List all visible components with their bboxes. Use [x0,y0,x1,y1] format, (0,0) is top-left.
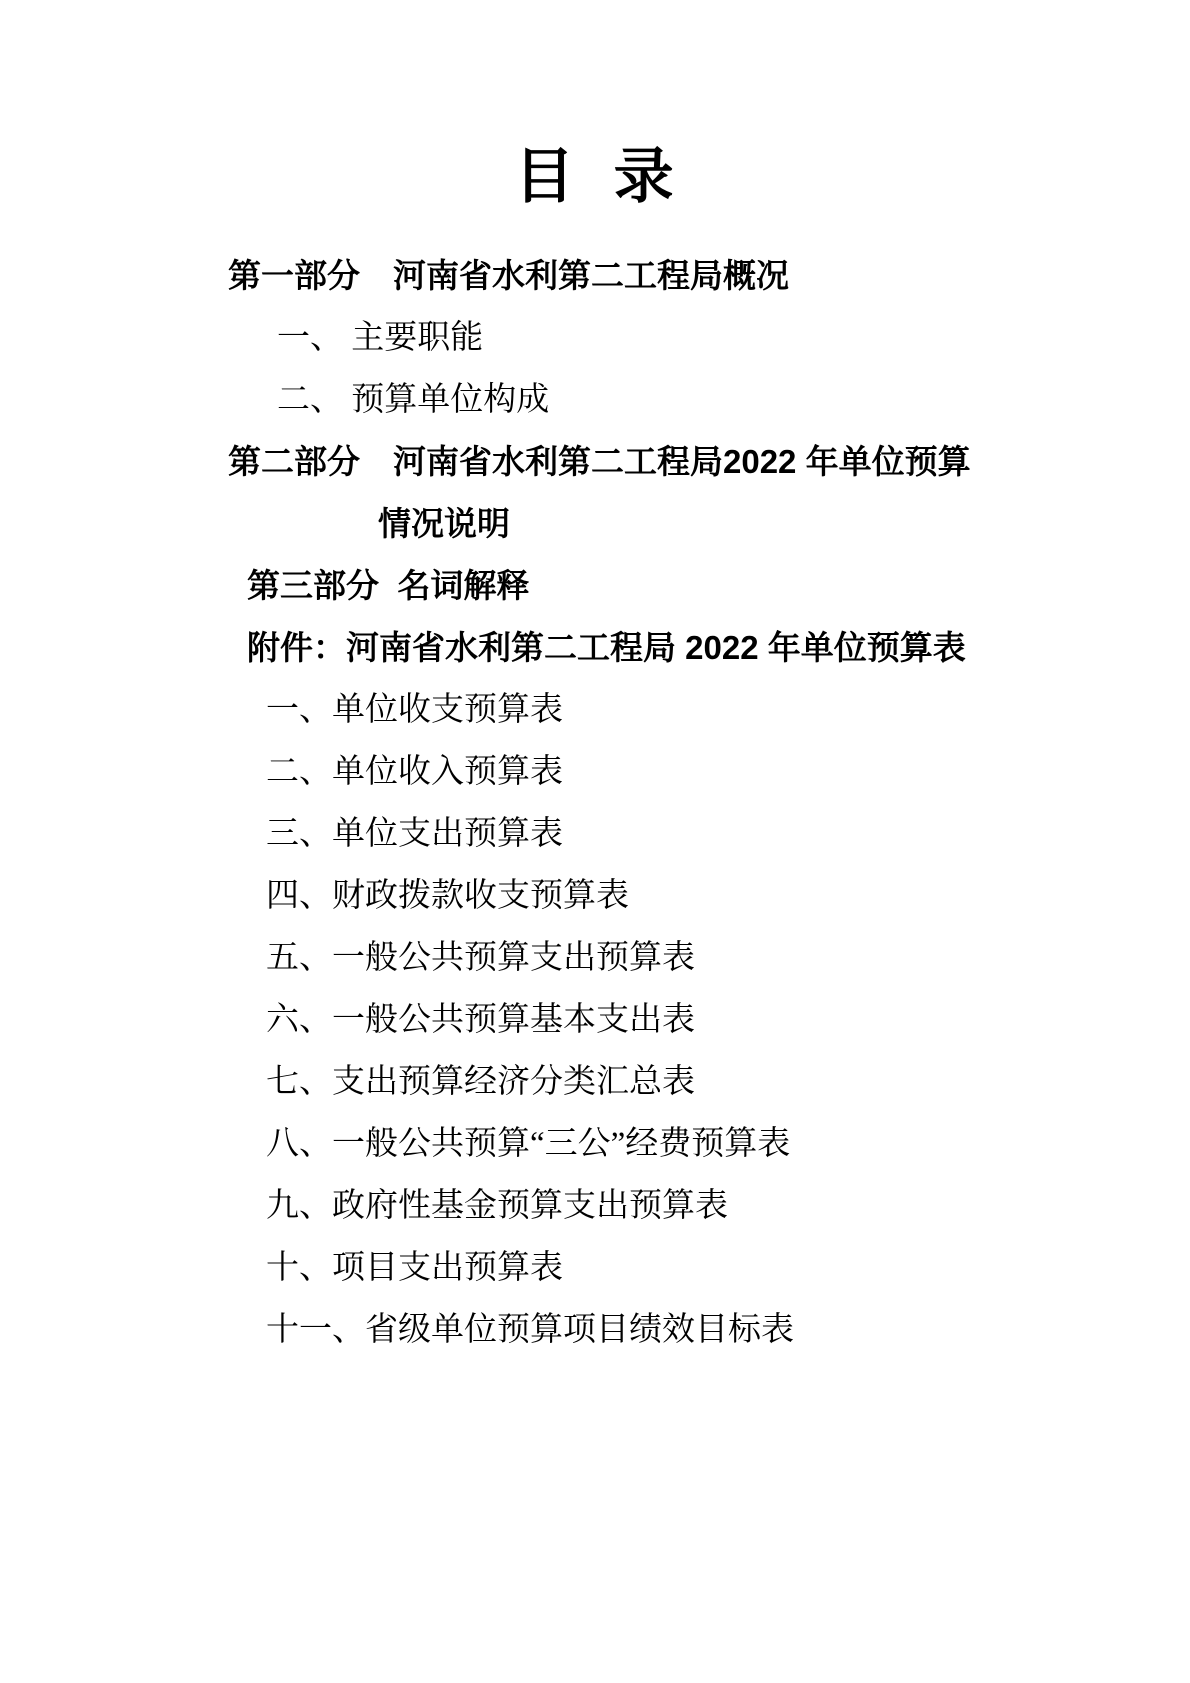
toc-line-part2-budget-2022: 第二部分 河南省水利第二工程局2022 年单位预算 [228,431,971,493]
document-page: 目 录 第一部分 河南省水利第二工程局概况 一、 主要职能 二、 预算单位构成 … [0,0,1190,1683]
toc-line-table-11: 十一、省级单位预算项目绩效目标表 [266,1299,794,1361]
toc-line-table-1: 一、单位收支预算表 [266,679,563,741]
toc-line-table-6: 六、一般公共预算基本支出表 [266,989,695,1051]
toc-line-attachment-heading: 附件：河南省水利第二工程局 2022 年单位预算表 [247,617,966,679]
toc-line-table-10: 十、项目支出预算表 [266,1237,563,1299]
toc-line-table-5: 五、一般公共预算支出预算表 [266,927,695,989]
toc-line-part2-continuation: 情况说明 [378,493,510,555]
toc-line-table-8: 八、一般公共预算“三公”经费预算表 [266,1113,790,1175]
toc-line-table-2: 二、单位收入预算表 [266,741,563,803]
toc-line-budget-unit-composition: 二、 预算单位构成 [277,369,549,431]
toc-line-table-7: 七、支出预算经济分类汇总表 [266,1051,695,1113]
page-title: 目 录 [0,138,1190,216]
toc-line-part3-glossary: 第三部分 名词解释 [247,555,529,617]
toc-line-table-9: 九、政府性基金预算支出预算表 [266,1175,728,1237]
toc-line-table-3: 三、单位支出预算表 [266,803,563,865]
toc-line-table-4: 四、财政拨款收支预算表 [266,865,629,927]
toc-line-part1-overview: 第一部分 河南省水利第二工程局概况 [228,245,789,307]
toc-line-main-functions: 一、 主要职能 [277,307,483,369]
